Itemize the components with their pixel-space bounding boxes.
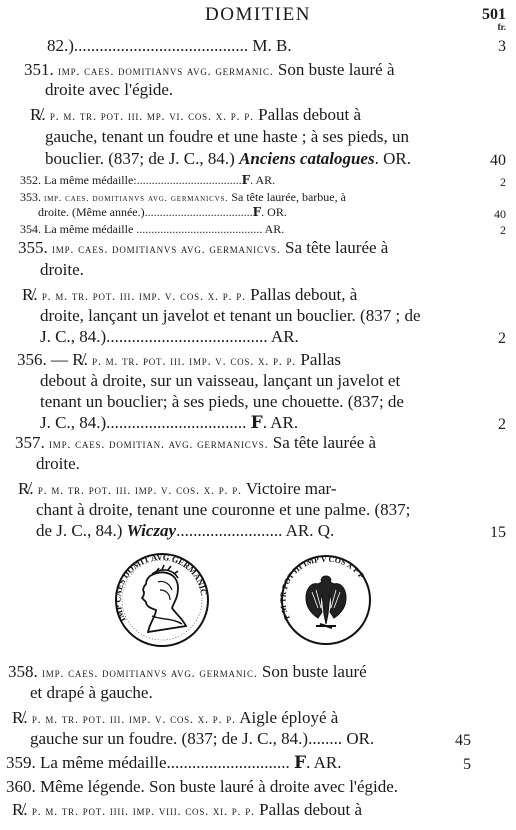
reference: Wiczay — [127, 521, 176, 540]
entry-355-reverse-line-2: droite, lançant un javelot et tenant un … — [40, 306, 421, 326]
price: 40 — [494, 207, 506, 221]
reverse-legend: P. M. TR. POT. III. IMP. V. COS. X. P. P… — [92, 354, 296, 368]
entry-357-reverse-line-3: de J. C., 84.) Wiczay...................… — [36, 521, 334, 541]
entry-351-line-1: 351. IMP. CAES. DOMITIANVS AVG. GERMANIC… — [24, 60, 394, 81]
rarity-mark: F — [294, 753, 306, 773]
entry-356-line-4: J. C., 84.).............................… — [40, 413, 298, 433]
entry-357-line-2: droite. — [36, 454, 80, 474]
entry-356-line-2: debout à droite, sur un vaisseau, lançan… — [40, 371, 400, 391]
page-header: DOMITIEN 501 — [0, 2, 516, 26]
entry-number: 351. — [24, 60, 54, 79]
reference: Anciens catalogues — [239, 149, 375, 168]
reverse-mark: R̸. — [30, 105, 46, 124]
entry-359: 359. La même médaille...................… — [6, 753, 342, 773]
obverse-legend: IMP. CAES. DOMITIANVS AVG. GERMANIC. — [58, 64, 274, 78]
entry-351-reverse-line-2: gauche, tenant un foudre et une haste ; … — [45, 127, 409, 147]
entry-358-reverse-line-2: gauche sur un foudre. (837; de J. C., 84… — [30, 729, 374, 749]
laureate-bust-icon: IMP IMP CAES DOMIT AVG GERMANIC — [112, 550, 212, 650]
entry-355-line-2: droite. — [40, 260, 84, 280]
currency-label: fr. — [498, 22, 506, 32]
entry-356-line-1: 356. — R̸. P. M. TR. POT. III. IMP. V. C… — [17, 350, 341, 371]
entry-351-line-2: droite avec l'égide. — [45, 80, 173, 100]
entry-358-line-2: et drapé à gauche. — [30, 683, 153, 703]
entry-360-reverse-line-1: R̸. P. M. TR. POT. IIII. IMP. VIII. COS.… — [12, 800, 362, 821]
entry-358-reverse-line-1: R̸. P. M. TR. POT. III. IMP. V. COS. X. … — [12, 708, 338, 729]
coin-obverse-image: IMP IMP CAES DOMIT AVG GERMANIC — [112, 550, 212, 654]
price: 45 — [455, 731, 471, 751]
price: 2 — [498, 329, 506, 349]
rarity-mark: F — [253, 205, 262, 219]
entry-351-reverse-line-3: bouclier. (837; de J. C., 84.) Anciens c… — [45, 149, 411, 169]
obverse-description: Son buste lauré à — [274, 60, 395, 79]
reverse-legend: P. M. TR. POT. III. IMP. V. COS. X. P. P… — [32, 712, 236, 726]
entry-353-line-1: 353. IMP. CAES. DOMITIANVS AVG. GERMANIC… — [20, 190, 346, 206]
entry-357-reverse-line-2: chant à droite, tenant une couronne et u… — [36, 500, 410, 520]
entry-355-reverse-line-1: R̸. P. M. TR. POT. III. IMP. V. COS. X. … — [22, 285, 357, 306]
obverse-legend: IMP. CAES. DOMITIAN. AVG. GERMANICVS. — [49, 437, 268, 451]
obverse-legend: IMP. CAES. DOMITIANVS AVG. GERMANIC. — [42, 666, 258, 680]
reverse-legend: P. M. TR. POT. III. IMP. V. COS. X. P. P… — [38, 483, 242, 497]
price: 2 — [498, 415, 506, 435]
price: 5 — [463, 755, 471, 775]
rarity-mark: F — [251, 413, 263, 433]
catalogue-page: DOMITIEN 501 fr. 82.)...................… — [0, 0, 516, 830]
coin-illustrations: IMP IMP CAES DOMIT AVG GERMANIC P M TR P… — [0, 540, 516, 660]
entry-360-line-1: 360. Même légende. Son buste lauré à dro… — [6, 777, 398, 797]
price: 2 — [500, 175, 506, 189]
price: 2 — [500, 223, 506, 237]
obverse-legend: IMP. CAES. DOMITIANVS AVG. GERMANICVS. — [52, 242, 281, 256]
entry-352: 352. La même médaille:..................… — [20, 173, 275, 187]
eagle-icon: P M TR POT III IMP V COS X P P — [278, 552, 374, 648]
price: 40 — [490, 151, 506, 171]
entry-357-line-1: 357. IMP. CAES. DOMITIAN. AVG. GERMANICV… — [15, 433, 376, 454]
reverse-description: Pallas debout à — [254, 105, 361, 124]
entry-355-reverse-line-3: J. C., 84.).............................… — [40, 327, 299, 347]
entry-351-reverse-line-1: R̸. P. M. TR. POT. III. MP. VI. COS. X. … — [30, 105, 361, 126]
reverse-legend: P. M. TR. POT. III. MP. VI. COS. X. P. P… — [50, 109, 254, 123]
continuation-line: 82.)....................................… — [47, 36, 292, 56]
reverse-legend: P. M. TR. POT. IIII. IMP. VIII. COS. XI.… — [32, 804, 255, 818]
coin-reverse-image: P M TR POT III IMP V COS X P P — [278, 552, 374, 652]
running-title: DOMITIEN — [0, 4, 516, 26]
entry-356-line-3: tenant un bouclier; à ses pieds, une cho… — [40, 392, 404, 412]
entry-354: 354. La même médaille ..................… — [20, 222, 284, 236]
rarity-mark: F — [242, 173, 251, 187]
obverse-legend: IMP. CAES. DOMITIANVS AVG. GERMANICVS. — [44, 194, 228, 204]
reverse-legend: P. M. TR. POT. III. IMP. V. COS. X. P. P… — [42, 289, 246, 303]
entry-358-line-1: 358. IMP. CAES. DOMITIANVS AVG. GERMANIC… — [8, 662, 367, 683]
entry-353-line-2: droite. (Même année.)...................… — [38, 205, 287, 219]
entry-355-line-1: 355. IMP. CAES. DOMITIANVS AVG. GERMANIC… — [18, 238, 388, 259]
price: 3 — [498, 37, 506, 57]
entry-357-reverse-line-1: R̸. P. M. TR. POT. III. IMP. V. COS. X. … — [18, 479, 337, 500]
